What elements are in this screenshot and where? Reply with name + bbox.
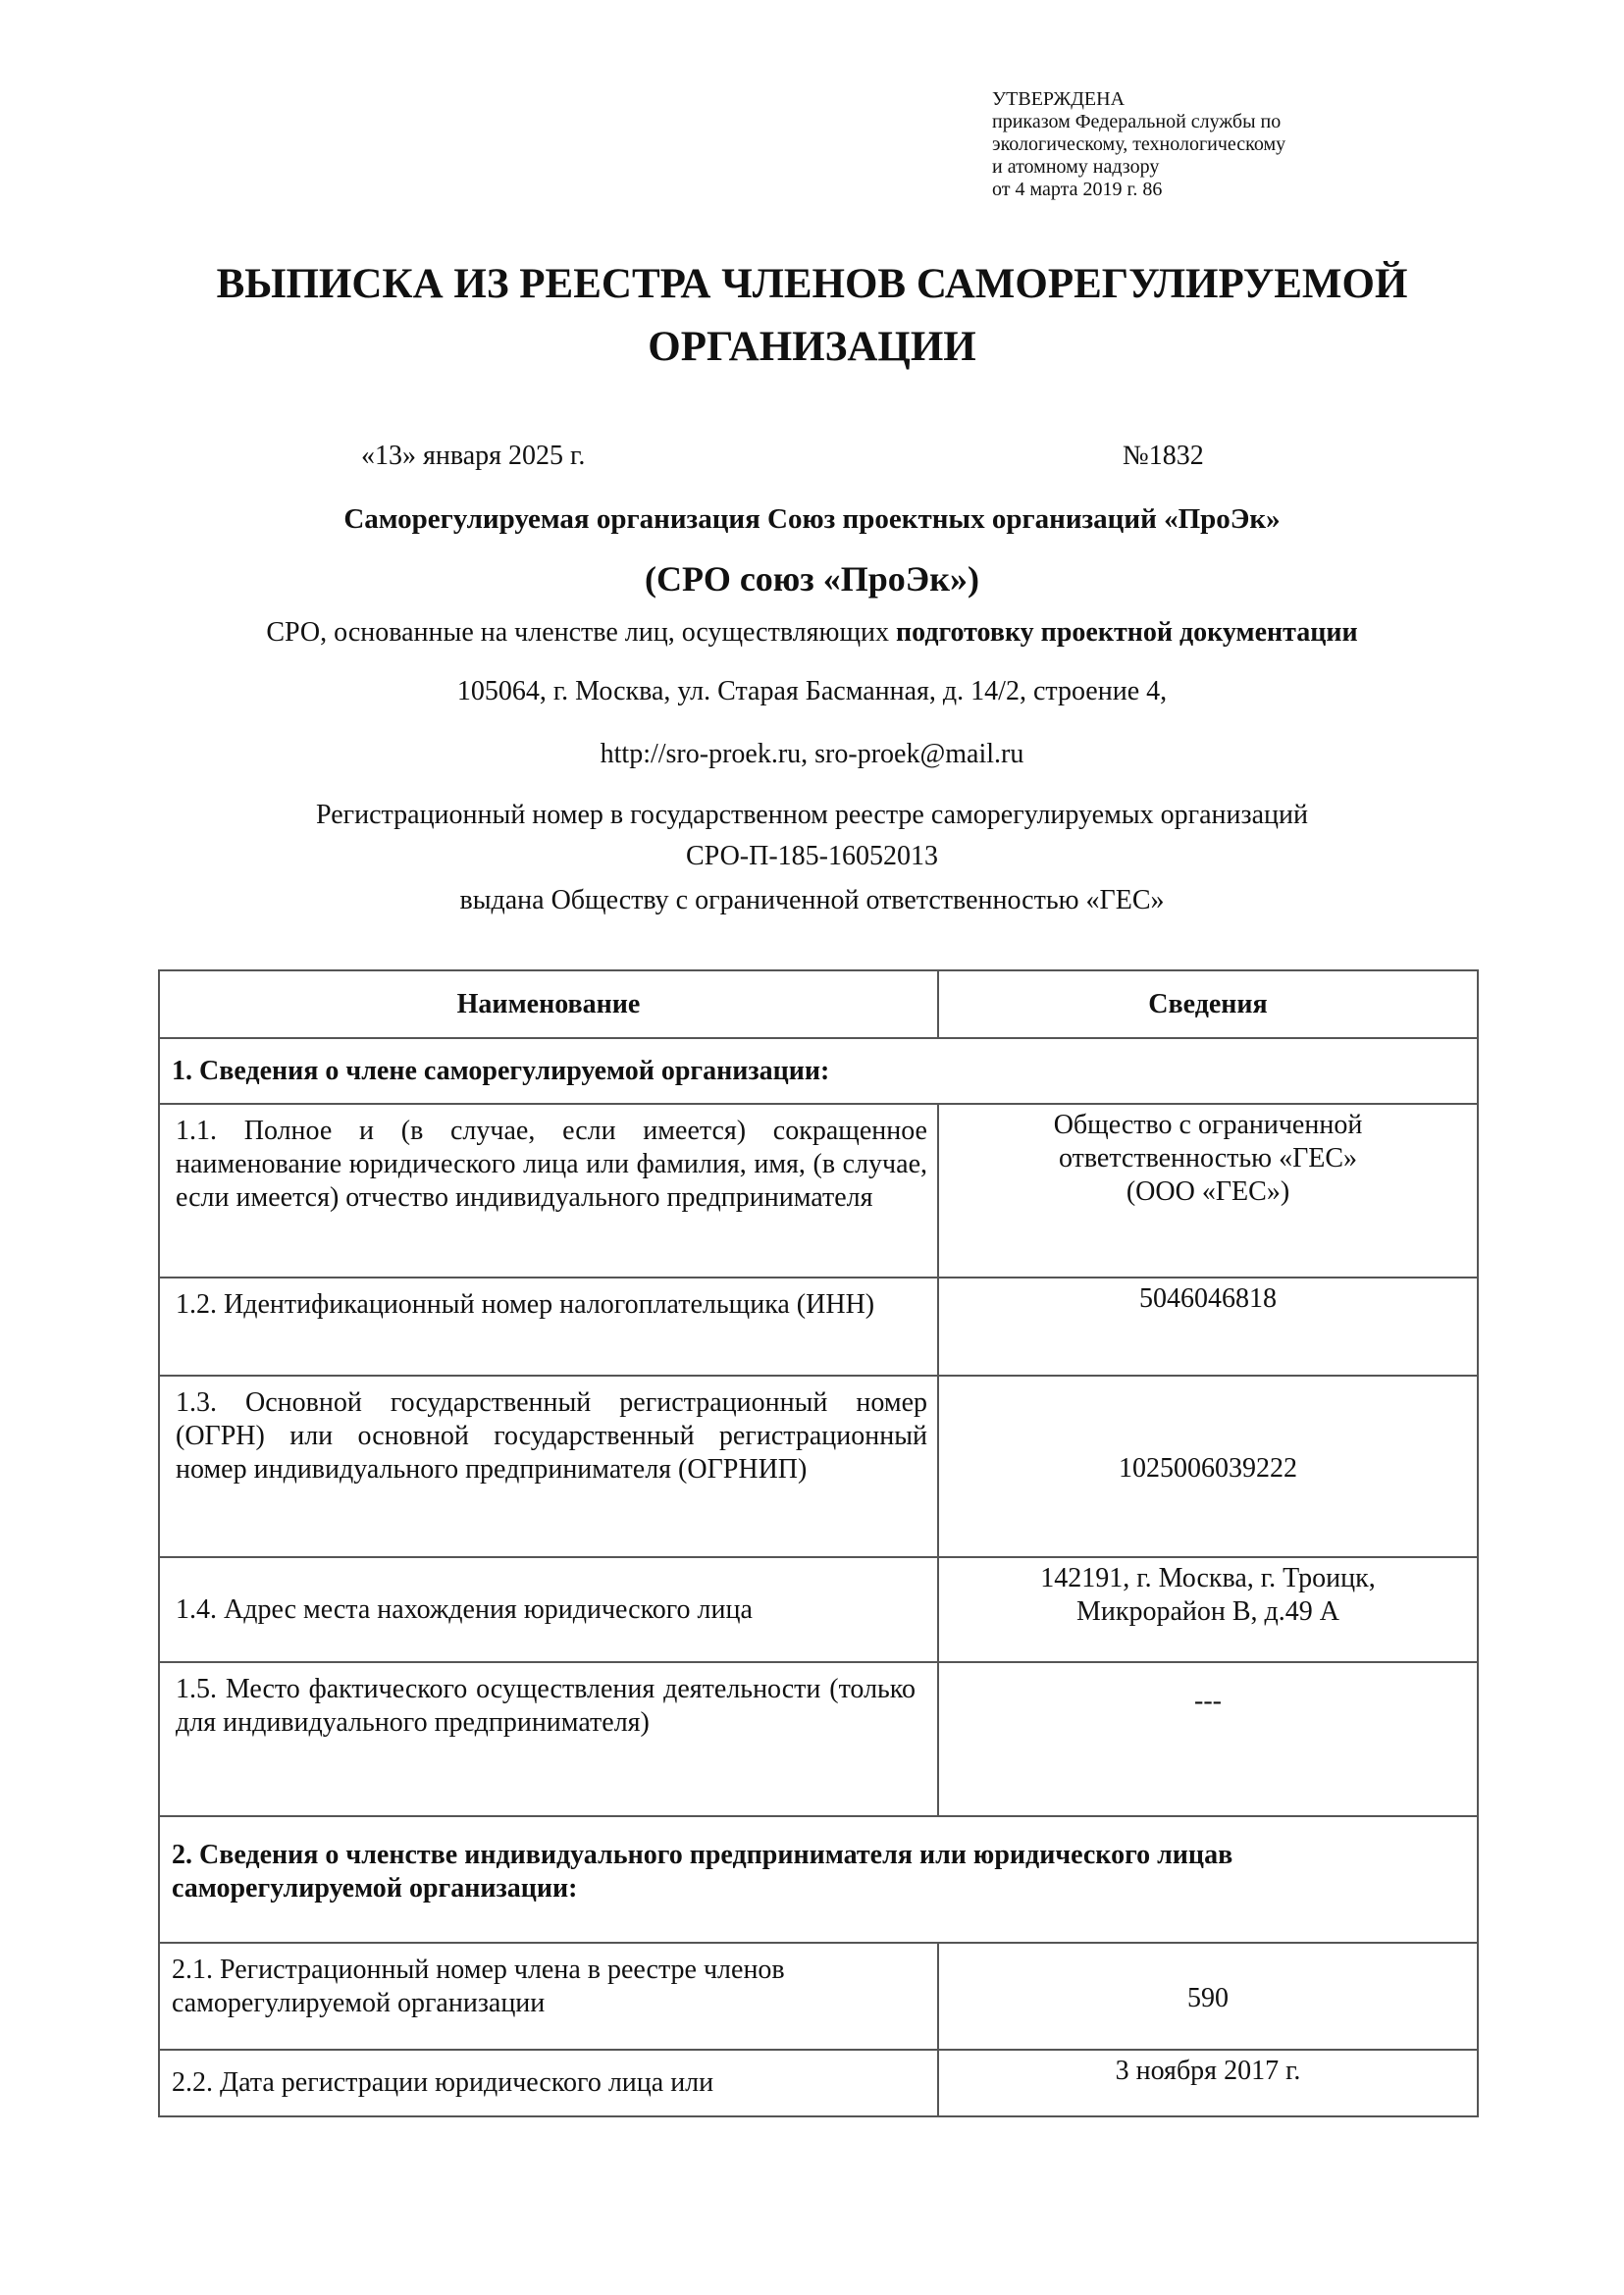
- document-date: «13» января 2025 г.: [361, 440, 585, 473]
- table-row: 1.4. Адрес места нахождения юридического…: [159, 1557, 1478, 1662]
- table-row: 2.2. Дата регистрации юридического лица …: [159, 2050, 1478, 2116]
- issued-to: выдана Обществу с ограниченной ответстве…: [98, 884, 1526, 917]
- organization-address: 105064, г. Москва, ул. Старая Басманная,…: [98, 675, 1526, 708]
- organization-type-bold: подготовку проектной документации: [896, 617, 1358, 648]
- value-line: (ООО «ГЕС»): [939, 1175, 1477, 1209]
- approval-line: и атомному надзору: [992, 156, 1424, 179]
- approval-stamp: УТВЕРЖДЕНА приказом Федеральной службы п…: [992, 88, 1424, 201]
- section-row: 2. Сведения о членстве индивидуального п…: [159, 1816, 1478, 1943]
- row-value: 3 ноября 2017 г.: [938, 2050, 1478, 2116]
- row-label: 2.1. Регистрационный номер члена в реест…: [159, 1943, 938, 2050]
- column-header-info: Сведения: [938, 970, 1478, 1038]
- section-row: 1. Сведения о члене саморегулируемой орг…: [159, 1038, 1478, 1104]
- column-header-name: Наименование: [159, 970, 938, 1038]
- row-value: Общество с ограниченной ответственностью…: [938, 1104, 1478, 1278]
- table-row: 1.5. Место фактического осуществления де…: [159, 1662, 1478, 1816]
- row-value: ---: [938, 1662, 1478, 1816]
- row-value: 1025006039222: [938, 1376, 1478, 1557]
- value-line: Общество с ограниченной: [939, 1109, 1477, 1142]
- registry-table: Наименование Сведения 1. Сведения о член…: [158, 969, 1479, 2117]
- organization-full-name: Саморегулируемая организация Союз проект…: [98, 502, 1526, 536]
- approval-line: от 4 марта 2019 г. 86: [992, 179, 1424, 201]
- row-label: 1.2. Идентификационный номер налогоплате…: [159, 1278, 938, 1376]
- table-row: 1.1. Полное и (в случае, если имеется) с…: [159, 1104, 1478, 1278]
- row-label: 1.4. Адрес места нахождения юридического…: [159, 1557, 938, 1662]
- approval-line: УТВЕРЖДЕНА: [992, 88, 1424, 111]
- row-value: 142191, г. Москва, г. Троицк, Микрорайон…: [938, 1557, 1478, 1662]
- value-line: ответственностью «ГЕС»: [939, 1142, 1477, 1175]
- table-row: 1.3. Основной государственный регистраци…: [159, 1376, 1478, 1557]
- table-row: 2.1. Регистрационный номер члена в реест…: [159, 1943, 1478, 2050]
- section-1-title: 1. Сведения о члене саморегулируемой орг…: [159, 1038, 1478, 1104]
- value-line: Микрорайон В, д.49 А: [939, 1595, 1477, 1629]
- row-label: 1.3. Основной государственный регистраци…: [159, 1376, 938, 1557]
- title-line-1: ВЫПИСКА ИЗ РЕЕСТРА ЧЛЕНОВ САМОРЕГУЛИРУЕМ…: [98, 253, 1526, 316]
- approval-line: экологическому, технологическому: [992, 133, 1424, 156]
- approval-line: приказом Федеральной службы по: [992, 111, 1424, 133]
- title-line-2: ОРГАНИЗАЦИИ: [98, 316, 1526, 379]
- registry-number: СРО-П-185-16052013: [98, 840, 1526, 873]
- organization-type: СРО, основанные на членстве лиц, осущест…: [98, 616, 1526, 650]
- organization-contacts: http://sro-proek.ru, sro-proek@mail.ru: [98, 738, 1526, 771]
- organization-type-prefix: СРО, основанные на членстве лиц, осущест…: [266, 617, 896, 648]
- table-header-row: Наименование Сведения: [159, 970, 1478, 1038]
- value-line: 142191, г. Москва, г. Троицк,: [939, 1562, 1477, 1595]
- row-value: 5046046818: [938, 1278, 1478, 1376]
- row-label: 1.1. Полное и (в случае, если имеется) с…: [159, 1104, 938, 1278]
- document-title: ВЫПИСКА ИЗ РЕЕСТРА ЧЛЕНОВ САМОРЕГУЛИРУЕМ…: [98, 253, 1526, 379]
- row-value: 590: [938, 1943, 1478, 2050]
- registry-label: Регистрационный номер в государственном …: [98, 799, 1526, 832]
- document-number: №1832: [1123, 440, 1204, 473]
- table-row: 1.2. Идентификационный номер налогоплате…: [159, 1278, 1478, 1376]
- row-label: 2.2. Дата регистрации юридического лица …: [159, 2050, 938, 2116]
- organization-short-name: (СРО союз «ПроЭк»): [98, 557, 1526, 600]
- row-label: 1.5. Место фактического осуществления де…: [159, 1662, 938, 1816]
- section-2-title: 2. Сведения о членстве индивидуального п…: [159, 1816, 1478, 1943]
